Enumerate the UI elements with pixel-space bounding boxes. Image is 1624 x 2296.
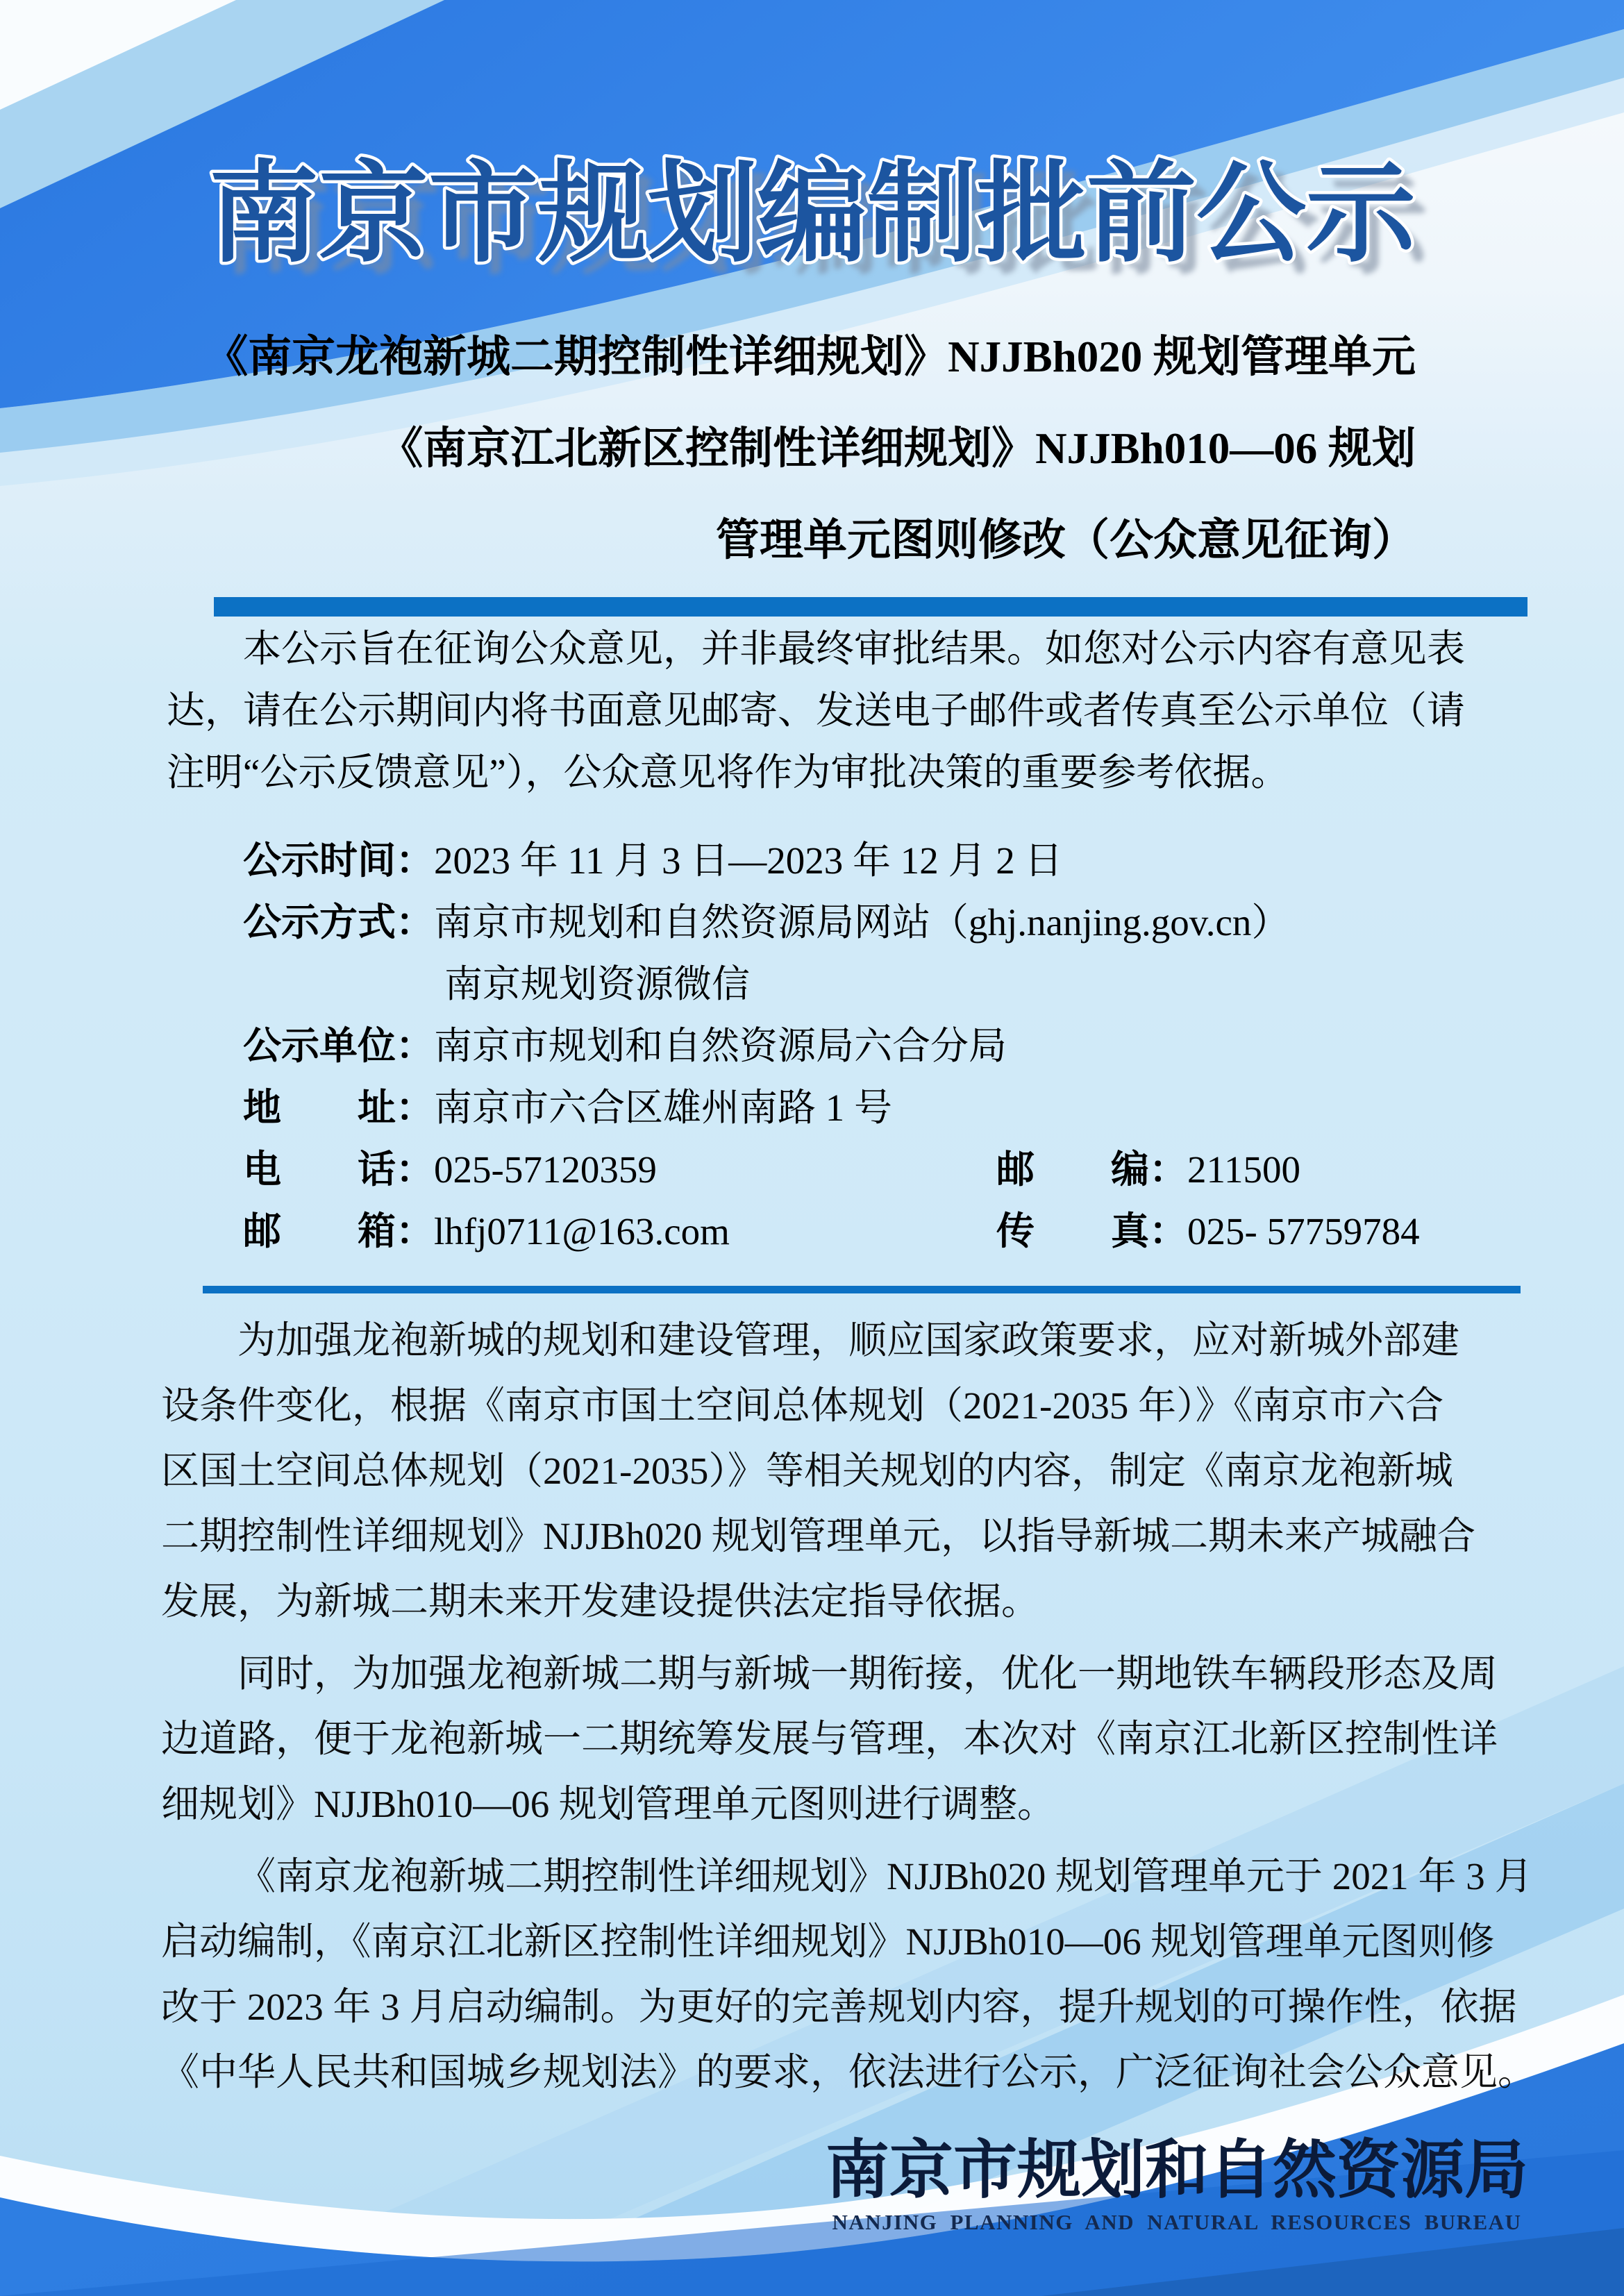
field-label: 电 话： bbox=[243, 1148, 434, 1191]
field-value: 南京市六合区雄州南路 1 号 bbox=[434, 1087, 892, 1129]
subtitle-line-1: 《南京龙袍新城二期控制性详细规划》NJJBh020 规划管理单元 bbox=[0, 311, 1416, 403]
info-row-method-2: 南京规划资源微信 bbox=[167, 953, 1468, 1015]
info-row-unit: 公示单位：南京市规划和自然资源局六合分局 bbox=[167, 1015, 1468, 1077]
subtitle-line-3: 管理单元图则修改（公众意见征询） bbox=[0, 494, 1416, 586]
paragraph-line: 启动编制，《南京江北新区控制性详细规划》NJJBh010—06 规划管理单元图则… bbox=[161, 1909, 1470, 1975]
paragraph-line: 《中华人民共和国城乡规划法》的要求，依法进行公示，广泛征询社会公众意见。 bbox=[161, 2040, 1470, 2105]
paragraph-line: 区国土空间总体规划（2021-2035）》等相关规划的内容，制定《南京龙袍新城 bbox=[161, 1439, 1470, 1504]
paragraph-line: 细规划》NJJBh010—06 规划管理单元图则进行调整。 bbox=[161, 1772, 1470, 1837]
page-title: 南京市规划编制批前公示 bbox=[209, 154, 1417, 276]
paragraph-line: 设条件变化，根据《南京市国土空间总体规划（2021-2035 年）》《南京市六合 bbox=[161, 1373, 1470, 1439]
divider-bar-top bbox=[214, 597, 1527, 617]
paragraph-line: 二期控制性详细规划》NJJBh020 规划管理单元，以指导新城二期未来产城融合 bbox=[161, 1504, 1470, 1569]
info-rows: 公示时间：2023 年 11 月 3 日—2023 年 12 月 2 日 公示方… bbox=[167, 830, 1468, 1262]
paragraph-line: 为加强龙袍新城的规划和建设管理，顺应国家政策要求，应对新城外部建 bbox=[161, 1308, 1470, 1373]
announcement-page: { "header": { "title": "南京市规划编制批前公示" }, … bbox=[0, 0, 1624, 2296]
paragraph-line: 改于 2023 年 3 月启动编制。为更好的完善规划内容，提升规划的可操作性，依… bbox=[161, 1975, 1470, 2040]
field-value: 211500 bbox=[1187, 1148, 1300, 1191]
field-value: 025- 57759784 bbox=[1187, 1210, 1420, 1252]
paragraph-2: 同时，为加强龙袍新城二期与新城一期衔接，优化一期地铁车辆段形态及周 边道路，便于… bbox=[161, 1641, 1470, 1837]
paragraph-3: 《南京龙袍新城二期控制性详细规划》NJJBh020 规划管理单元于 2021 年… bbox=[161, 1844, 1470, 2105]
intro-line: 注明“公示反馈意见”），公众意见将作为审批决策的重要参考依据。 bbox=[167, 741, 1468, 803]
body-section: 为加强龙袍新城的规划和建设管理，顺应国家政策要求，应对新城外部建 设条件变化，根… bbox=[161, 1308, 1470, 2112]
subtitle-line-2: 《南京江北新区控制性详细规划》NJJBh010—06 规划 bbox=[0, 403, 1416, 494]
divider-bar-bottom bbox=[203, 1286, 1521, 1293]
paragraph-line: 《南京龙袍新城二期控制性详细规划》NJJBh020 规划管理单元于 2021 年… bbox=[161, 1844, 1470, 1909]
intro-line: 本公示旨在征询公众意见，并非最终审批结果。如您对公示内容有意见表 bbox=[167, 618, 1468, 680]
paragraph-line: 同时，为加强龙袍新城二期与新城一期衔接，优化一期地铁车辆段形态及周 bbox=[161, 1641, 1470, 1707]
paragraph-1: 为加强龙袍新城的规划和建设管理，顺应国家政策要求，应对新城外部建 设条件变化，根… bbox=[161, 1308, 1470, 1634]
field-value: 2023 年 11 月 3 日—2023 年 12 月 2 日 bbox=[434, 839, 1062, 882]
info-row-method: 公示方式：南京市规划和自然资源局网站（ghj.nanjing.gov.cn） bbox=[167, 891, 1468, 953]
info-row-time: 公示时间：2023 年 11 月 3 日—2023 年 12 月 2 日 bbox=[167, 830, 1468, 891]
field-label: 公示方式： bbox=[243, 901, 434, 944]
info-row-address: 地 址：南京市六合区雄州南路 1 号 bbox=[167, 1077, 1468, 1139]
field-value: lhfj0711@163.com bbox=[434, 1210, 730, 1252]
field-value: 025-57120359 bbox=[434, 1148, 657, 1191]
paragraph-line: 发展，为新城二期未来开发建设提供法定指导依据。 bbox=[161, 1569, 1470, 1634]
footer-org-name-en: NANJING PLANNING AND NATURAL RESOURCES B… bbox=[823, 2210, 1531, 2235]
info-row-email-fax: 邮 箱：lhfj0711@163.com 传 真：025- 57759784 bbox=[167, 1200, 1468, 1262]
field-value: 南京规划资源微信 bbox=[444, 963, 750, 1005]
field-label: 传 真： bbox=[996, 1210, 1187, 1252]
paragraph-line: 边道路，便于龙袍新城一二期统筹发展与管理，本次对《南京江北新区控制性详 bbox=[161, 1707, 1470, 1772]
field-label: 公示时间： bbox=[243, 839, 434, 882]
field-value: 南京市规划和自然资源局网站（ghj.nanjing.gov.cn） bbox=[434, 901, 1289, 944]
subtitle: 《南京龙袍新城二期控制性详细规划》NJJBh020 规划管理单元 《南京江北新区… bbox=[0, 311, 1416, 586]
info-col2: 传 真：025- 57759784 bbox=[996, 1200, 1420, 1262]
notice-intro: 本公示旨在征询公众意见，并非最终审批结果。如您对公示内容有意见表 达，请在公示期… bbox=[167, 618, 1468, 803]
field-label: 地 址： bbox=[243, 1087, 434, 1129]
field-value: 南京市规划和自然资源局六合分局 bbox=[434, 1025, 1007, 1067]
notice-section: 本公示旨在征询公众意见，并非最终审批结果。如您对公示内容有意见表 达，请在公示期… bbox=[167, 618, 1468, 1262]
field-label: 邮 编： bbox=[996, 1148, 1187, 1191]
footer-org-block: 南京市规划和自然资源局 NANJING PLANNING AND NATURAL… bbox=[823, 2137, 1531, 2235]
footer-org-name-cn: 南京市规划和自然资源局 bbox=[823, 2137, 1531, 2204]
intro-line: 达，请在公示期间内将书面意见邮寄、发送电子邮件或者传真至公示单位（请 bbox=[167, 680, 1468, 741]
field-label: 公示单位： bbox=[243, 1025, 434, 1067]
info-col2: 邮 编：211500 bbox=[996, 1139, 1300, 1200]
info-row-phone-postcode: 电 话：025-57120359 邮 编：211500 bbox=[167, 1139, 1468, 1200]
field-label: 邮 箱： bbox=[243, 1210, 434, 1252]
